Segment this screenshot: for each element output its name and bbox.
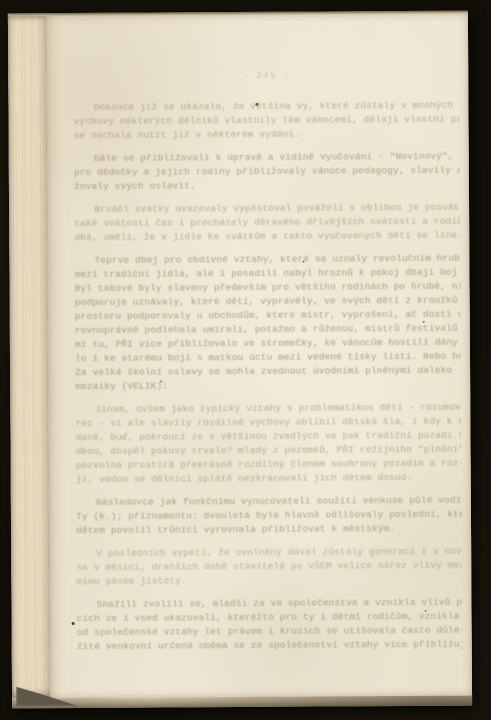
photo-frame: - 245 - Dokonce již se ukázalo, že větši…: [0, 0, 491, 720]
typescript-line: se nechala nutit již v některém vydání.: [74, 127, 460, 143]
paragraph: Dále se přibližovali k úpravě a vidině v…: [74, 150, 460, 194]
typescript-line: žovaly svých oslavit.: [74, 178, 460, 194]
paragraph: Následovce jak funkčnímu vynucovateli so…: [76, 494, 462, 538]
typescript-line: jí, vedou se dělnici splátě nezkracovali…: [76, 471, 462, 487]
paragraph: Snažili zvolili se, mladší za ve společe…: [76, 596, 462, 654]
page-surface: - 245 - Dokonce již se ukázalo, že větši…: [46, 13, 472, 699]
typescript-line: mozaiky (VELIK):: [75, 378, 461, 394]
paragraph: Dokonce již se ukázalo, že většina vy, k…: [73, 99, 459, 143]
scanned-document-photo: { "colors": { "background": "#121008", "…: [0, 0, 491, 720]
typescript-text-block: - 245 - Dokonce již se ukázalo, že větši…: [73, 68, 463, 663]
typescript-line: dbá, uměli, že v jídle ke svátkům a takt…: [74, 229, 460, 245]
scanned-book-page: - 245 - Dokonce již se ukázalo, že větši…: [8, 11, 472, 709]
page-edge-stack: [8, 15, 52, 697]
paragraphs-container: Dokonce již se ukázalo, že většina vy, k…: [73, 99, 462, 654]
typescript-line: mimo pásem jistoty.: [76, 573, 462, 589]
typescript-line: dětem povolil trůnící vyrovnala přibližo…: [76, 522, 462, 538]
paragraph: Jinam, ovšem jako typický vztahy s probl…: [75, 401, 462, 487]
paragraph: Teprve dbej pro obdivné vztahy, které se…: [74, 252, 461, 394]
paragraph: Brzděl svátky uvazovaly vypěstoval pováž…: [74, 201, 460, 245]
page-number: - 245 -: [73, 68, 459, 84]
typescript-line: žité venkovní určená oběma se ze společe…: [77, 638, 463, 654]
paragraph: V posledních vypětí, že uvolněný dával z…: [76, 545, 462, 589]
